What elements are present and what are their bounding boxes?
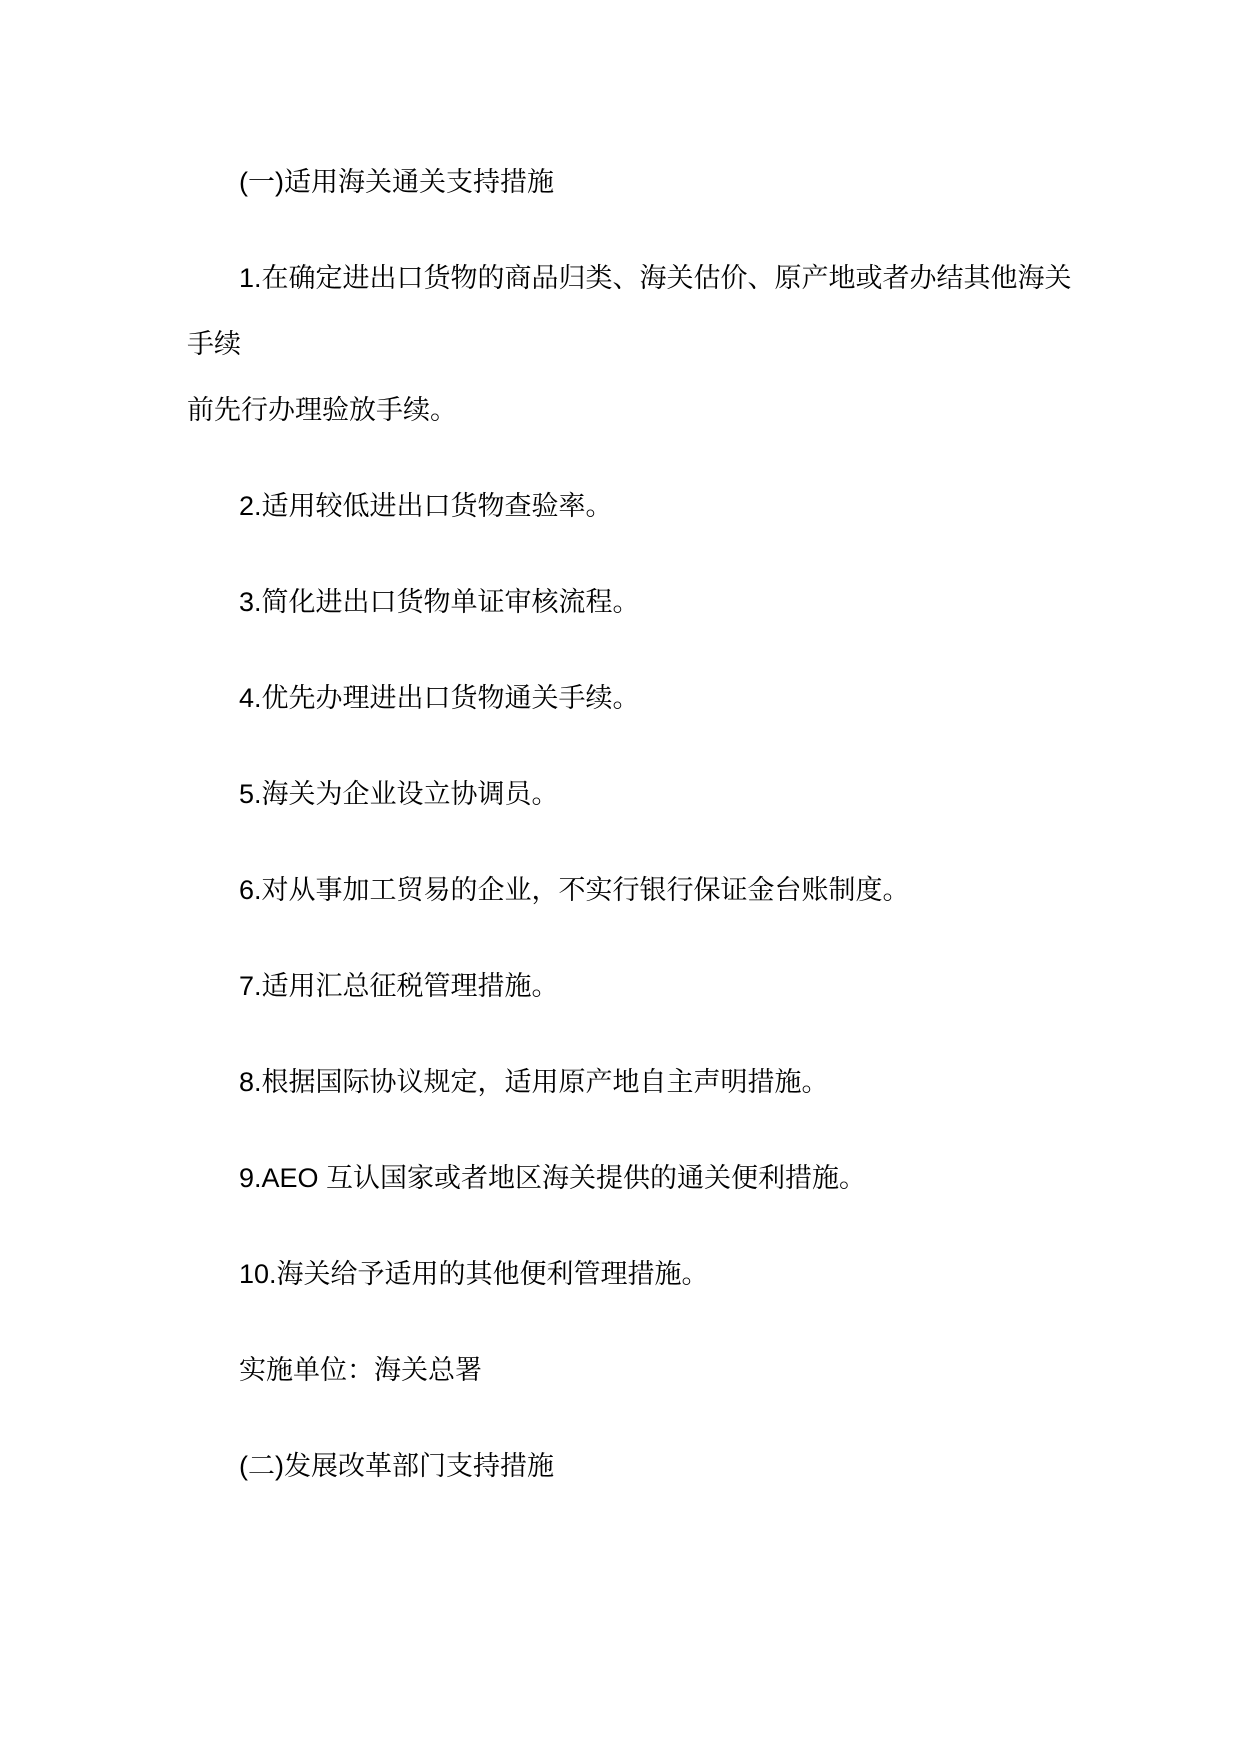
- list-item-6: 6.对从事加工贸易的企业，不实行银行保证金台账制度。: [187, 857, 1083, 923]
- list-item-4: 4.优先办理进出口货物通关手续。: [187, 665, 1083, 731]
- list-item-3: 3.简化进出口货物单证审核流程。: [187, 569, 1083, 635]
- section-heading-1: (一)适用海关通关支持措施: [187, 149, 1083, 215]
- list-item-1: 1.在确定进出口货物的商品归类、海关估价、原产地或者办结其他海关手续 前先行办理…: [187, 245, 1083, 443]
- section-heading-2: (二)发展改革部门支持措施: [187, 1433, 1083, 1499]
- implementing-unit-line: 实施单位：海关总署: [187, 1337, 1083, 1403]
- list-item-8: 8.根据国际协议规定，适用原产地自主声明措施。: [187, 1049, 1083, 1115]
- list-item-2: 2.适用较低进出口货物查验率。: [187, 473, 1083, 539]
- document-page: (一)适用海关通关支持措施 1.在确定进出口货物的商品归类、海关估价、原产地或者…: [0, 0, 1241, 1754]
- list-item-5: 5.海关为企业设立协调员。: [187, 761, 1083, 827]
- list-item-9: 9.AEO 互认国家或者地区海关提供的通关便利措施。: [187, 1145, 1083, 1211]
- list-item-7: 7.适用汇总征税管理措施。: [187, 953, 1083, 1019]
- list-item-10: 10.海关给予适用的其他便利管理措施。: [187, 1241, 1083, 1307]
